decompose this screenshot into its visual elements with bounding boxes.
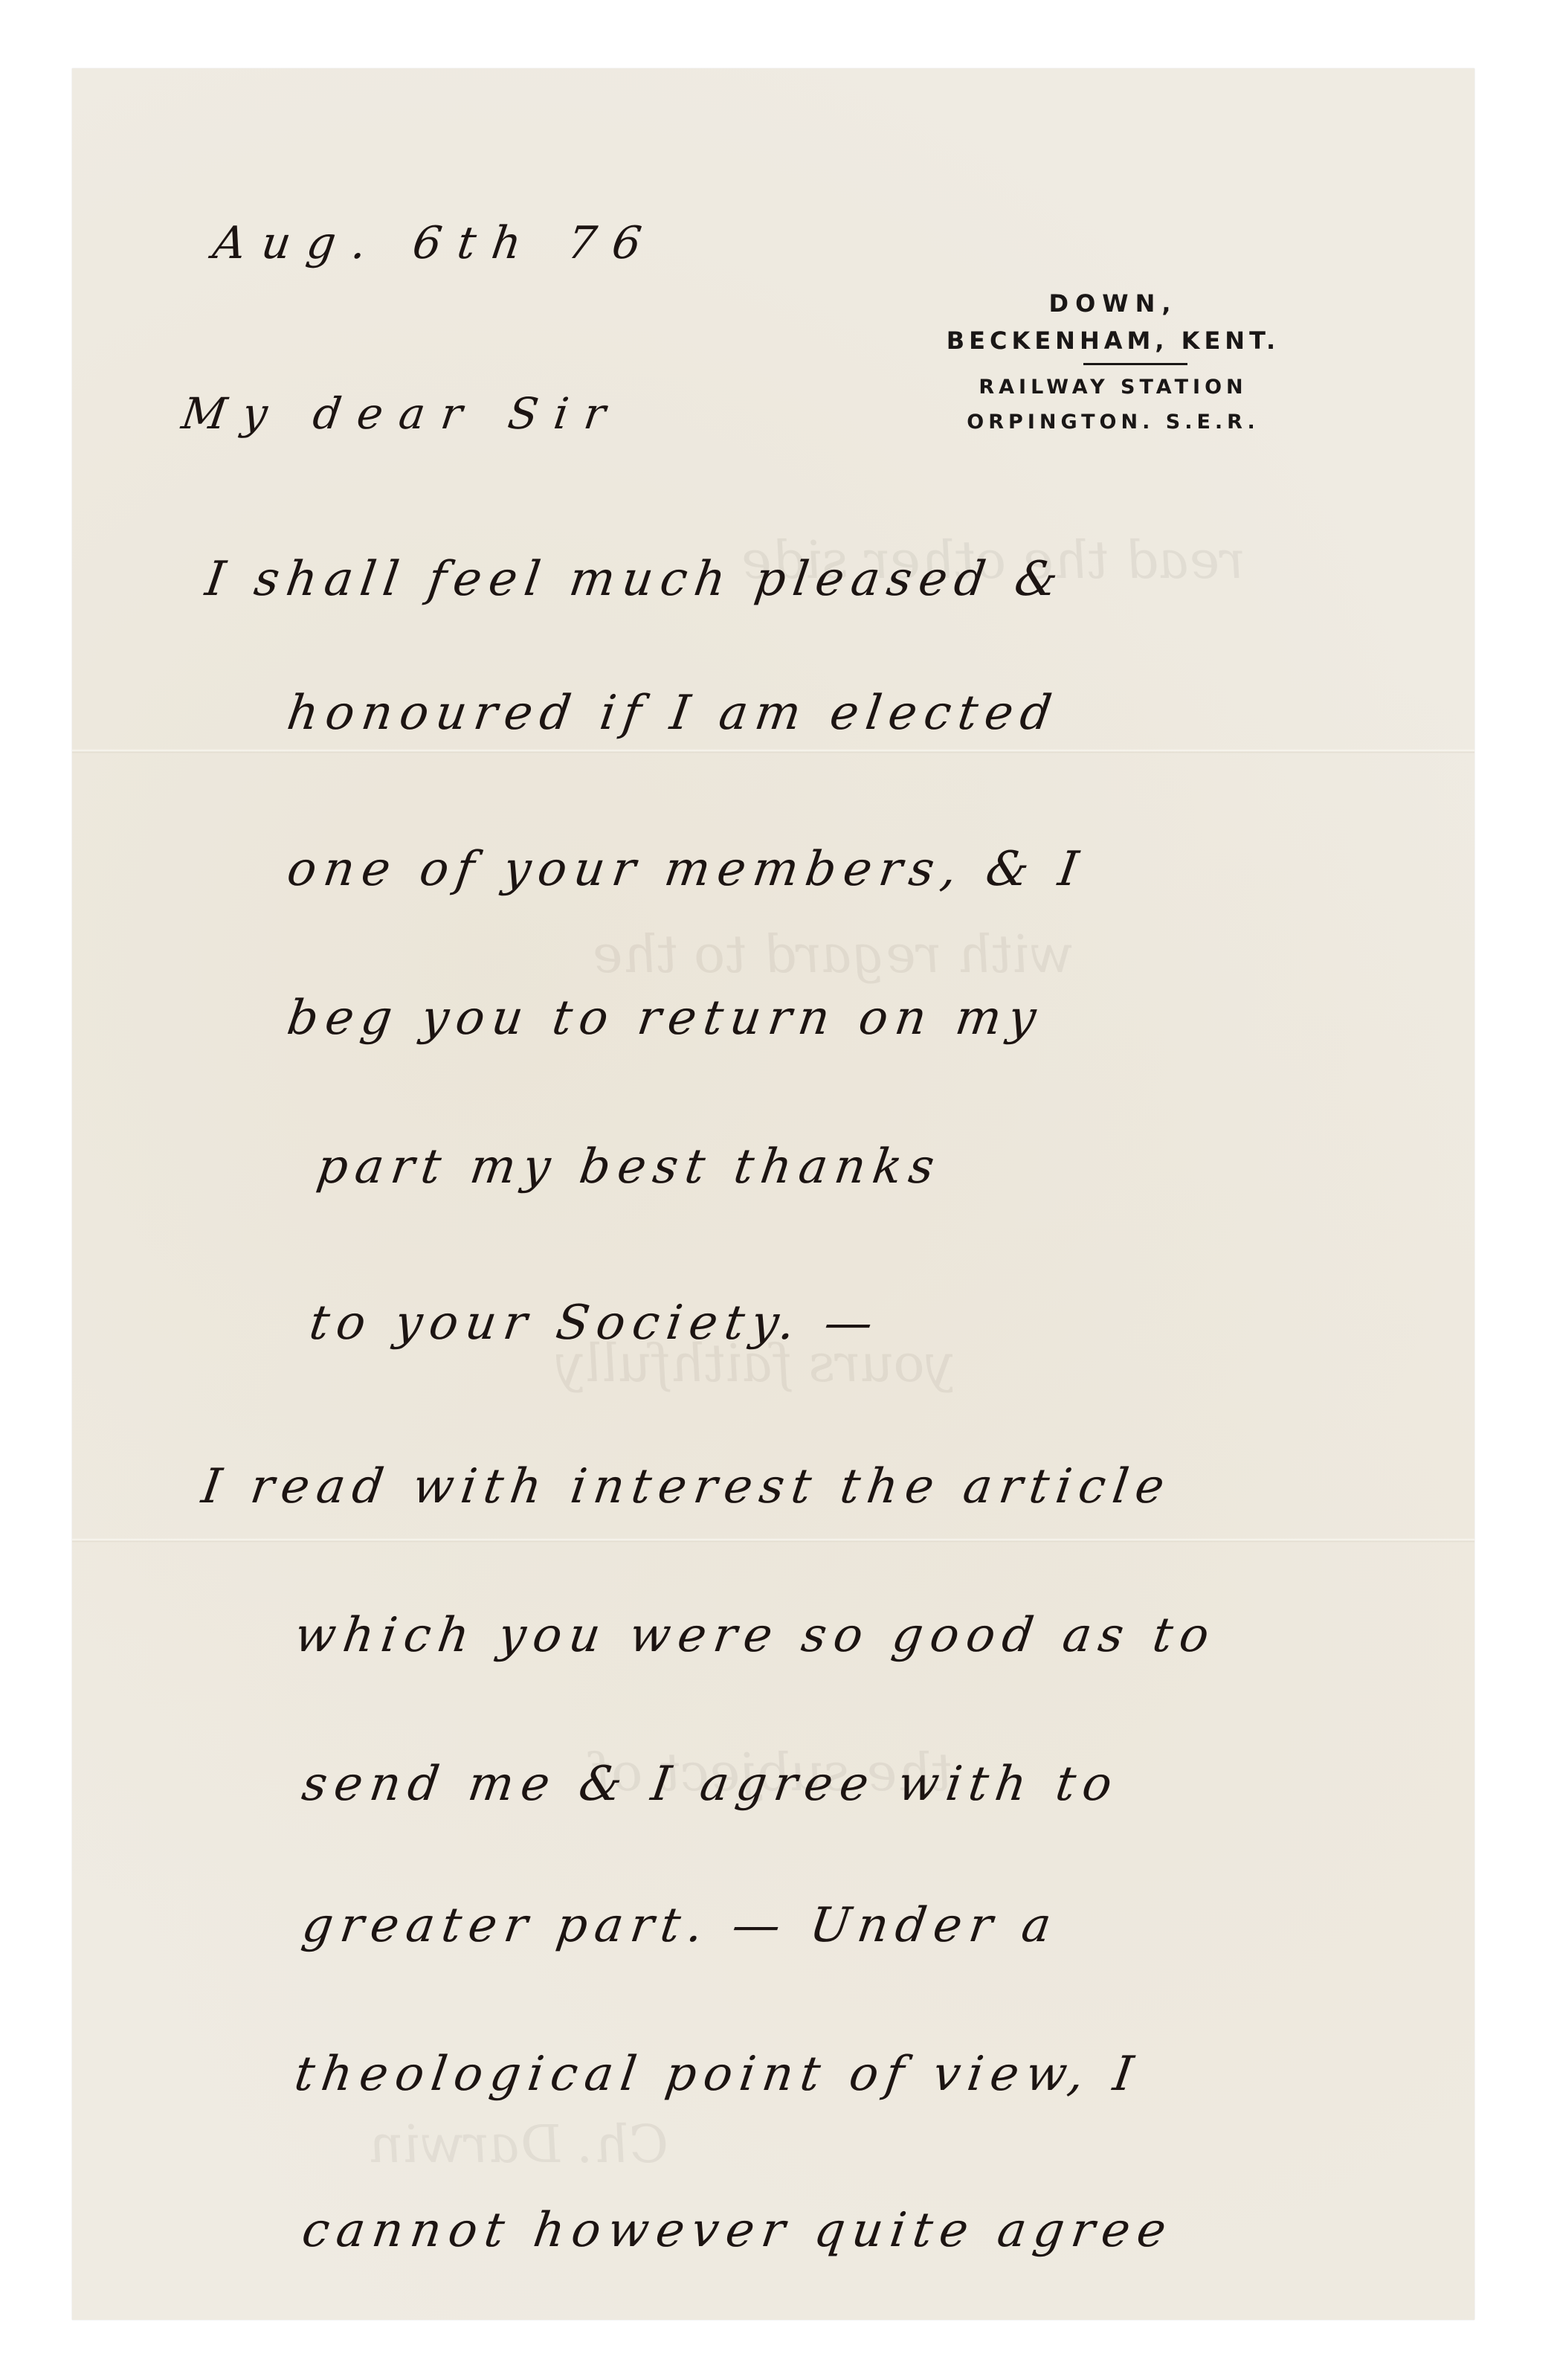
letter-line: greater part. — Under a (299, 1898, 1062, 1953)
letter-line: which you were so good as to (291, 1608, 1220, 1663)
letterhead-town: BECKENHAM, KENT. (883, 329, 1344, 353)
letter-date: Aug. 6th 76 (210, 217, 661, 269)
letter-line: I read with interest the article (199, 1459, 1175, 1514)
letter-line: theological point of view, I (291, 2047, 1144, 2102)
letter-line: part my best thanks (314, 1139, 945, 1194)
fold-crease-lower (72, 1538, 1474, 1543)
letter-salutation: My dear Sir (178, 388, 625, 439)
letterhead-station: ORPINGTON. S.E.R. (883, 412, 1344, 432)
letter-line: I shall feel much pleased & (202, 552, 1069, 607)
letter-line: honoured if I am elected (284, 686, 1063, 741)
letter-line: send me & I agree with to (299, 1757, 1123, 1812)
letter-sheet: read the other side with regard to the y… (72, 68, 1474, 2320)
letterhead-house: DOWN, (883, 292, 1344, 315)
letter-line: beg you to return on my (284, 991, 1047, 1046)
printed-letterhead: DOWN, BECKENHAM, KENT. RAILWAY STATION O… (883, 292, 1344, 432)
letter-line: to your Society. — (306, 1296, 883, 1351)
show-through-ink: with regard to the (588, 924, 1077, 985)
letterhead-railway-label: RAILWAY STATION (883, 377, 1344, 397)
letter-line: one of your members, & I (284, 842, 1089, 897)
letter-line: cannot however quite agree (299, 2203, 1177, 2258)
fold-crease-upper (72, 749, 1474, 753)
letterhead-rule (1083, 363, 1187, 365)
show-through-ink: Ch. Darwin (365, 2114, 672, 2175)
